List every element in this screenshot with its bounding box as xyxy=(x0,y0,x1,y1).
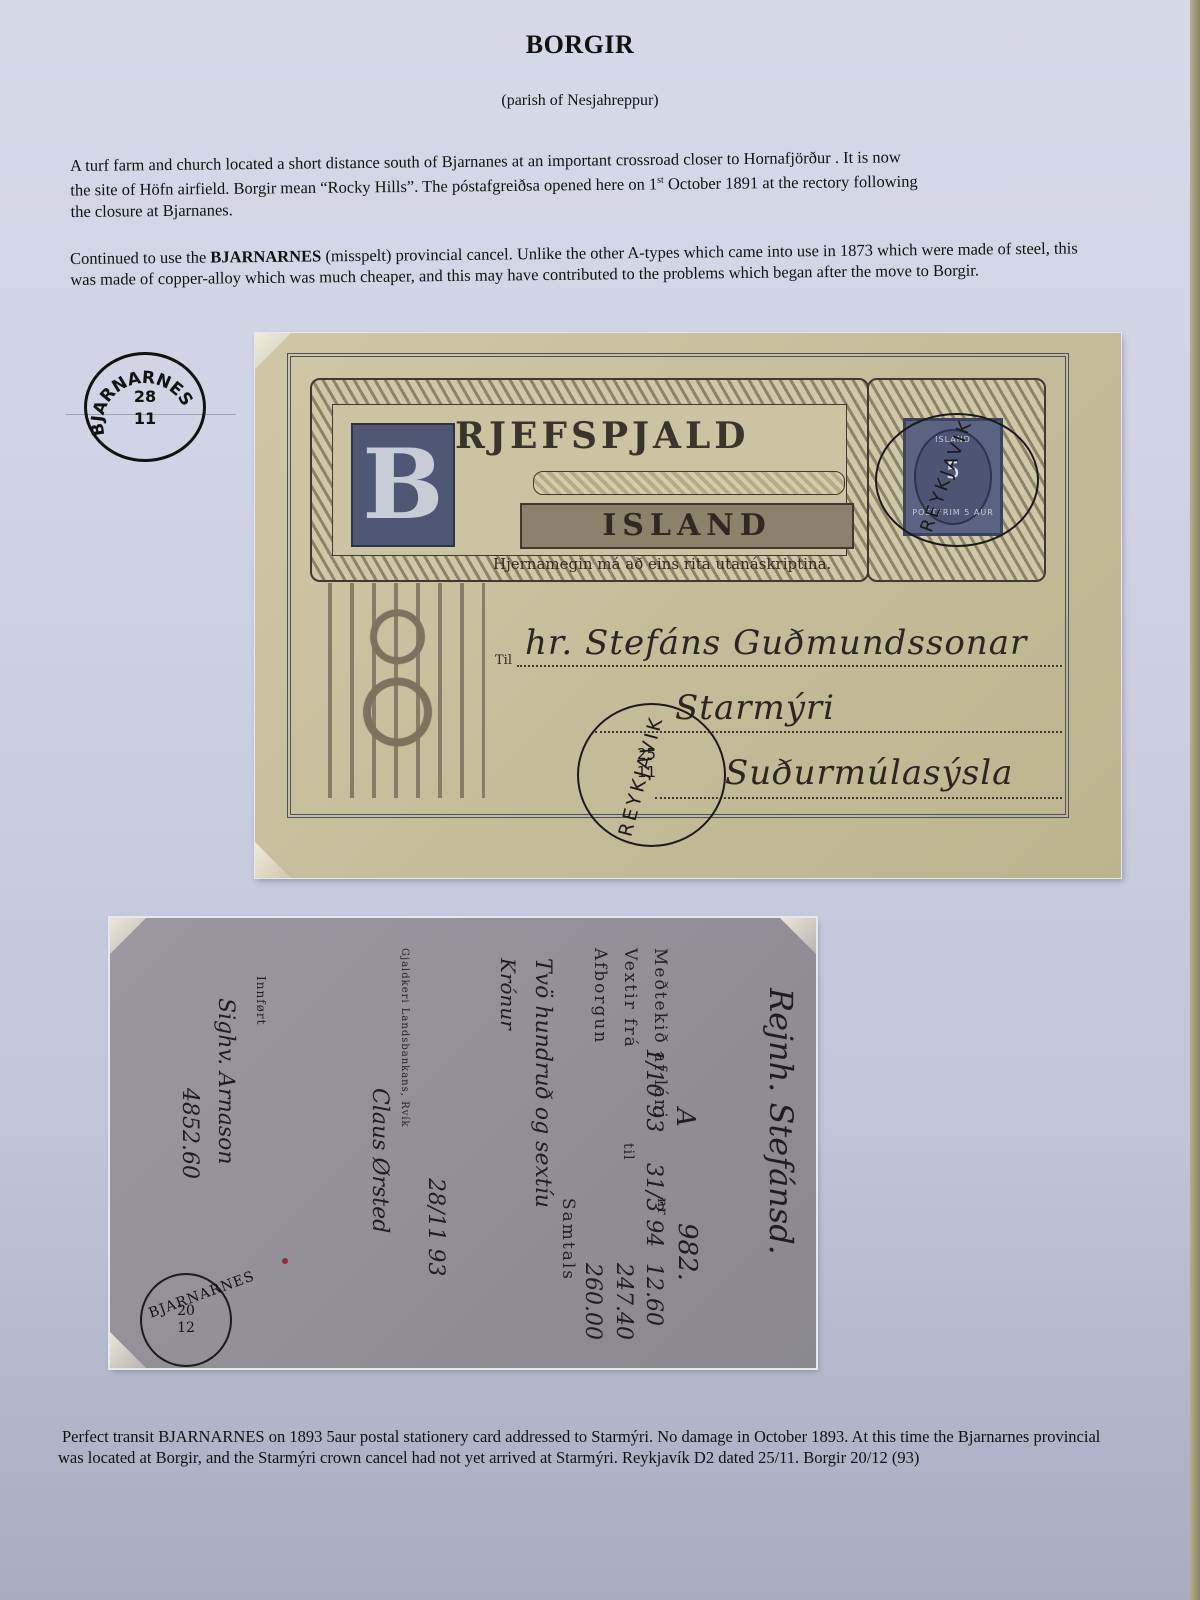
handwritten-loan-no: 982. xyxy=(672,1223,702,1281)
to-label: Til xyxy=(495,653,512,668)
handwritten-payee: Rejnh. Stefánsd. xyxy=(762,988,800,1255)
handwritten-interest-to: 31/3 94 xyxy=(641,1163,666,1247)
address-instruction: Hjernamegin má að eins rita utanáskripti… xyxy=(493,555,831,573)
cancel-arc-text: BJARNARNES 28 11 xyxy=(84,352,206,462)
intro-line-3: the closure at Bjarnanes. xyxy=(70,200,232,221)
cancel-day: 28 xyxy=(134,387,156,406)
handwritten-installment: 247.40 xyxy=(611,1263,636,1340)
photo-corner xyxy=(255,333,291,369)
intro-paragraph: A turf farm and church located a short d… xyxy=(70,144,1091,221)
handwritten-signature: Claus Ørsted xyxy=(367,1088,392,1233)
cancel-name-bold: BJARNARNES xyxy=(210,246,321,266)
address-recipient: hr. Stefáns Guðmundssonar xyxy=(525,623,1027,663)
address-line-1 xyxy=(517,665,1062,667)
photo-corner xyxy=(110,918,146,954)
transit-cancel-date: 25 11 xyxy=(637,745,656,781)
arrival-cancel-month: 12 xyxy=(177,1320,195,1336)
crest-ornament xyxy=(310,583,485,798)
arrival-cancel-day: 20 xyxy=(177,1303,195,1319)
photo-corner xyxy=(780,918,816,954)
reykjavik-stamp-cancel: REYKJAVIK xyxy=(875,413,1039,547)
transit-cancel-day: 25 xyxy=(637,745,656,763)
printed-to-label: til xyxy=(620,1143,636,1161)
photo-corner xyxy=(110,1332,146,1368)
intro-line-2-end: October 1891 at the rectory following xyxy=(664,172,918,194)
intro-line-2-start: the site of Höfn airfield. Borgir mean “… xyxy=(70,174,657,199)
handwritten-interest-amount: 12.60 xyxy=(641,1263,666,1326)
stamp-cancel-text: REYKJAVIK xyxy=(916,416,977,535)
page-title: BORGIR xyxy=(0,30,1160,60)
printed-sum-label: Samtals xyxy=(558,1198,578,1281)
handwritten-entry-amount: 4852.60 xyxy=(177,1088,202,1179)
country-plate: ISLAND xyxy=(520,503,854,549)
handwritten-entry-name: Sighv. Arnason xyxy=(213,998,238,1165)
printed-installment: Afborgun xyxy=(590,948,610,1044)
arrival-cancel-date: 20 12 xyxy=(142,1303,230,1337)
address-district: Suðurmúlasýsla xyxy=(725,753,1013,793)
ornament-band xyxy=(533,471,845,495)
printed-bank-cashier: Gjaldkeri Landsbankans, Rvík xyxy=(399,948,410,1128)
handwritten-currency: Krónur xyxy=(496,958,520,1030)
bjarnarnes-arrival-cancel: BJARNARNES 20 12 xyxy=(140,1273,232,1367)
printed-interest-from: Vextir frá xyxy=(620,948,640,1049)
photo-corner xyxy=(255,842,291,878)
card-heading: RJEFSPJALD xyxy=(455,415,750,457)
handwritten-total: 260.00 xyxy=(580,1263,605,1340)
handwritten-amount-words: Tvö hundruð og sextíu xyxy=(530,958,555,1208)
transit-cancel-month: 11 xyxy=(637,763,656,781)
handwritten-loan-letter: A xyxy=(670,1108,700,1127)
bjarnarnes-cancel-illustration: BJARNARNES 28 11 xyxy=(84,352,206,462)
red-ink-mark xyxy=(282,1258,288,1264)
cancel-paragraph-start: Continued to use the xyxy=(70,248,210,268)
album-page-edge xyxy=(1190,0,1200,1600)
decorative-initial: B xyxy=(351,423,455,547)
cancel-month: 11 xyxy=(134,409,156,428)
page-subtitle: (parish of Nesjahreppur) xyxy=(0,92,1160,110)
postal-card-front: B RJEFSPJALD ISLAND Hjernamegin má að ei… xyxy=(255,333,1121,878)
printed-entered-label: Innført xyxy=(254,976,268,1025)
handwritten-interest-from: 1/10 93 xyxy=(641,1048,666,1132)
intro-line-1: A turf farm and church located a short d… xyxy=(70,147,901,175)
reykjavik-transit-cancel: REYKJAVIK 25 11 xyxy=(577,703,726,847)
postal-card-back: Meðtekið af láni Vextir frá Afborgun Sam… xyxy=(110,918,816,1368)
handwritten-date: 28/11 93 xyxy=(423,1178,448,1276)
card-caption: Perfect transit BJARNARNES on 1893 5aur … xyxy=(58,1426,1118,1468)
cancel-paragraph: Continued to use the BJARNARNES (misspel… xyxy=(70,237,1090,290)
